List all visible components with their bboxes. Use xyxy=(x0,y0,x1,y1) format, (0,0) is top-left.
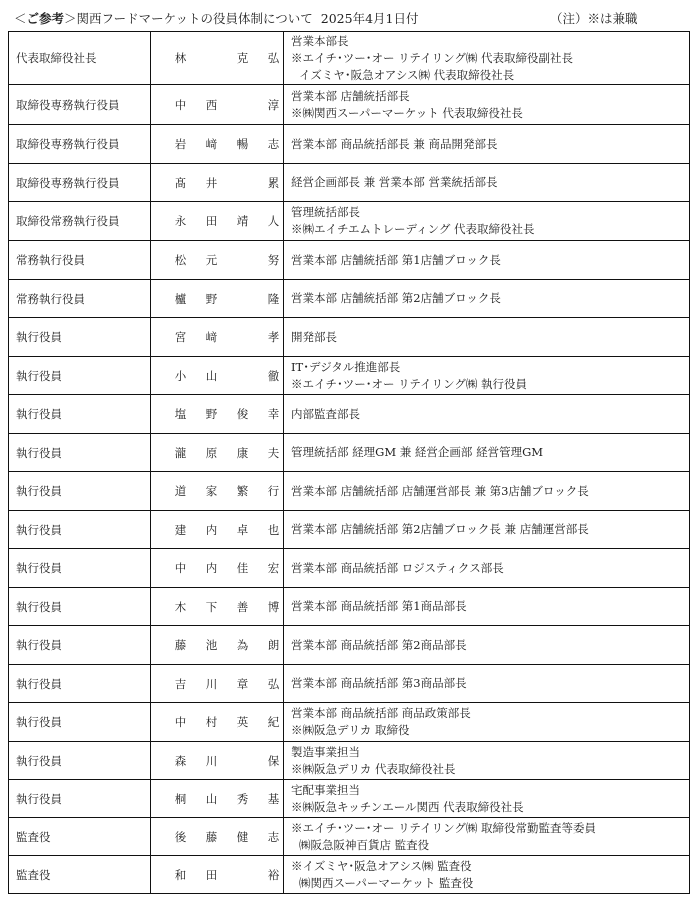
officer-name-char: 川 xyxy=(200,753,223,769)
officer-name-char: 小 xyxy=(169,368,192,384)
header-note: （注）※は兼職 xyxy=(550,9,638,29)
officer-name-char: 山 xyxy=(200,368,223,384)
officer-name: 和田裕 xyxy=(151,867,283,883)
officer-duties: 営業本部 店舗統括部長※㈱関西スーパーマーケット 代表取締役社長 xyxy=(284,85,690,125)
officer-name-cell: 和田裕 xyxy=(151,856,284,894)
officer-duty-line: ※㈱エイチエムトレーディング 代表取締役社長 xyxy=(291,221,689,238)
officer-title: 執行役員 xyxy=(9,626,151,665)
officer-duty-line: ※イズミヤ･阪急オアシス㈱ 監査役 xyxy=(291,858,689,875)
officer-name-char: 隆 xyxy=(262,291,285,307)
officer-name-char: 下 xyxy=(200,599,223,615)
officer-title: 取締役専務執行役員 xyxy=(9,164,151,202)
officer-name-cell: 岩﨑暢志 xyxy=(151,125,284,164)
officer-name-char xyxy=(231,329,254,345)
officer-name-char: 林 xyxy=(169,50,192,66)
officer-row: 執行役員中内佳宏営業本部 商品統括部 ロジスティクス部長 xyxy=(9,549,690,588)
officer-name-char: 弘 xyxy=(262,50,285,66)
officer-name-char: 秀 xyxy=(231,791,254,807)
officer-name-char: 井 xyxy=(200,175,223,191)
officer-name-char: 暢 xyxy=(231,136,254,152)
officer-name-cell: 吉川章弘 xyxy=(151,665,284,703)
document-header: ＜ご参考＞関西フードマーケットの役員体制について 2025年4月1日付 （注）※… xyxy=(14,9,694,29)
officer-row: 取締役専務執行役員岩﨑暢志営業本部 商品統括部長 兼 商品開発部長 xyxy=(9,125,690,164)
header-bracket-close: ＞ xyxy=(64,11,77,26)
officer-name-char xyxy=(231,252,254,268)
officer-name-char: 靖 xyxy=(231,213,254,229)
officer-name-cell: 林克弘 xyxy=(151,32,284,85)
officer-row: 執行役員建内卓也営業本部 店舗統括部 第2店舗ブロック長 兼 店舗運営部長 xyxy=(9,511,690,549)
header-title: 関西フードマーケットの役員体制について xyxy=(77,11,313,26)
officer-name: 松元努 xyxy=(151,252,283,268)
officer-title: 執行役員 xyxy=(9,511,151,549)
officer-title: 監査役 xyxy=(9,818,151,856)
officer-title: 執行役員 xyxy=(9,703,151,742)
officer-row: 執行役員森川保製造事業担当※㈱阪急デリカ 代表取締役社長 xyxy=(9,742,690,780)
officer-name: 木下善博 xyxy=(151,599,283,615)
officer-duty-line: 管理統括部長 xyxy=(291,204,689,221)
officer-row: 監査役後藤健志※エイチ･ツー･オー リテイリング㈱ 取締役常勤監査等委員㈱阪急阪… xyxy=(9,818,690,856)
officer-name-char: 西 xyxy=(200,97,223,113)
officer-name-cell: 宮﨑孝 xyxy=(151,318,284,357)
officer-duty-line: 営業本部 店舗統括部長 xyxy=(291,88,689,105)
officer-name-char: 吉 xyxy=(169,676,192,692)
officer-duties: 営業本部長※エイチ･ツー･オー リテイリング㈱ 代表取締役副社長イズミヤ･阪急オ… xyxy=(284,32,690,85)
officer-duty-line: 管理統括部 経理GM 兼 経営企画部 経営管理GM xyxy=(291,444,689,461)
officer-duty-line: 営業本部 店舗統括部 第2店舗ブロック長 兼 店舗運営部長 xyxy=(291,521,689,538)
officer-title: 執行役員 xyxy=(9,318,151,357)
officer-title: 執行役員 xyxy=(9,395,151,434)
officer-name-char: 繁 xyxy=(231,483,254,499)
officer-duties: 営業本部 商品統括部長 兼 商品開発部長 xyxy=(284,125,690,164)
officer-duties: 営業本部 商品統括部 第2商品部長 xyxy=(284,626,690,665)
officer-name-char xyxy=(231,867,254,883)
officer-name-cell: 森川保 xyxy=(151,742,284,780)
officer-name-char: 也 xyxy=(262,522,285,538)
officer-name-char xyxy=(231,97,254,113)
officer-name-char: 髙 xyxy=(169,175,192,191)
officer-name-char: 田 xyxy=(200,867,223,883)
officer-name-char: 中 xyxy=(169,714,192,730)
officer-name-char: 弘 xyxy=(262,676,285,692)
officer-name-cell: 桐山秀基 xyxy=(151,780,284,818)
officer-row: 執行役員道家繁行営業本部 店舗統括部 店舗運営部長 兼 第3店舗ブロック長 xyxy=(9,472,690,511)
header-bracket-open: ＜ xyxy=(14,11,27,26)
officer-name-cell: 櫨野隆 xyxy=(151,280,284,318)
officer-name-cell: 塩野俊幸 xyxy=(151,395,284,434)
officer-duty-line: 営業本部 商品統括部 第3商品部長 xyxy=(291,675,689,692)
officer-title: 取締役専務執行役員 xyxy=(9,85,151,125)
officer-name-char: 卓 xyxy=(231,522,254,538)
officer-name-char: 元 xyxy=(200,252,223,268)
officer-title: 執行役員 xyxy=(9,742,151,780)
officer-name: 岩﨑暢志 xyxy=(151,136,283,152)
officer-name-char: 﨑 xyxy=(200,329,223,345)
officer-name-char: 基 xyxy=(262,791,285,807)
officer-duties: 開発部長 xyxy=(284,318,690,357)
officer-name: 櫨野隆 xyxy=(151,291,283,307)
officer-name-char: 瀧 xyxy=(169,445,192,461)
officer-name-char: 保 xyxy=(262,753,285,769)
officer-name-cell: 松元努 xyxy=(151,241,284,280)
officer-name-char: 山 xyxy=(200,791,223,807)
officer-name-cell: 中西淳 xyxy=(151,85,284,125)
officer-name-cell: 中村英紀 xyxy=(151,703,284,742)
officer-name: 永田靖人 xyxy=(151,213,283,229)
officer-name-char: 俊 xyxy=(231,406,254,422)
officer-duties: 経営企画部長 兼 営業本部 営業統括部長 xyxy=(284,164,690,202)
officer-duties: 営業本部 商品統括部 第3商品部長 xyxy=(284,665,690,703)
officer-duties: 営業本部 店舗統括部 第2店舗ブロック長 兼 店舗運営部長 xyxy=(284,511,690,549)
officer-row: 取締役常務執行役員永田靖人管理統括部長※㈱エイチエムトレーディング 代表取締役社… xyxy=(9,202,690,241)
officer-name: 森川保 xyxy=(151,753,283,769)
officer-duties: 宅配事業担当※㈱阪急キッチンエール関西 代表取締役社長 xyxy=(284,780,690,818)
officer-duty-line: 営業本部 店舗統括部 第2店舗ブロック長 xyxy=(291,290,689,307)
officer-title: 執行役員 xyxy=(9,780,151,818)
officer-row: 執行役員小山徹IT･デジタル推進部長※エイチ･ツー･オー リテイリング㈱ 執行役… xyxy=(9,357,690,395)
officer-duties: 営業本部 店舗統括部 店舗運営部長 兼 第3店舗ブロック長 xyxy=(284,472,690,511)
officer-name-cell: 建内卓也 xyxy=(151,511,284,549)
officer-duty-line: ※エイチ･ツー･オー リテイリング㈱ 取締役常勤監査等委員 xyxy=(291,820,689,837)
officer-title: 代表取締役社長 xyxy=(9,32,151,85)
officer-row: 取締役専務執行役員髙井累経営企画部長 兼 営業本部 営業統括部長 xyxy=(9,164,690,202)
officer-name-char: 康 xyxy=(231,445,254,461)
officer-duties: 営業本部 店舗統括部 第2店舗ブロック長 xyxy=(284,280,690,318)
officer-title: 執行役員 xyxy=(9,549,151,588)
officer-title: 常務執行役員 xyxy=(9,241,151,280)
officer-row: 執行役員塩野俊幸内部監査部長 xyxy=(9,395,690,434)
officer-duty-line: 営業本部長 xyxy=(291,33,689,50)
officer-name-char: 﨑 xyxy=(200,136,223,152)
officer-name-char: 原 xyxy=(200,445,223,461)
officer-name-char: 行 xyxy=(262,483,285,499)
officer-name: 後藤健志 xyxy=(151,829,283,845)
officer-duties: 管理統括部 経理GM 兼 経営企画部 経営管理GM xyxy=(284,434,690,472)
officers-table: 代表取締役社長林克弘営業本部長※エイチ･ツー･オー リテイリング㈱ 代表取締役副… xyxy=(8,31,690,894)
officer-duty-line: 製造事業担当 xyxy=(291,744,689,761)
officer-name-char: 幸 xyxy=(262,406,285,422)
officer-row: 常務執行役員櫨野隆営業本部 店舗統括部 第2店舗ブロック長 xyxy=(9,280,690,318)
officer-title: 執行役員 xyxy=(9,434,151,472)
officer-duty-line: ※エイチ･ツー･オー リテイリング㈱ 代表取締役副社長 xyxy=(291,50,689,67)
officer-row: 執行役員藤池為朗営業本部 商品統括部 第2商品部長 xyxy=(9,626,690,665)
officer-duties: 営業本部 商品統括部 商品政策部長※㈱阪急デリカ 取締役 xyxy=(284,703,690,742)
officer-name-char xyxy=(231,291,254,307)
officer-name-cell: 瀧原康夫 xyxy=(151,434,284,472)
officer-name-char: 村 xyxy=(200,714,223,730)
officer-name-char: 中 xyxy=(169,560,192,576)
officer-duty-line: 営業本部 商品統括部長 兼 商品開発部長 xyxy=(291,136,689,153)
officer-name-char: 孝 xyxy=(262,329,285,345)
officer-duty-line: 宅配事業担当 xyxy=(291,782,689,799)
officer-name: 中村英紀 xyxy=(151,714,283,730)
officer-row: 代表取締役社長林克弘営業本部長※エイチ･ツー･オー リテイリング㈱ 代表取締役副… xyxy=(9,32,690,85)
officer-name-cell: 藤池為朗 xyxy=(151,626,284,665)
officer-name-cell: 木下善博 xyxy=(151,588,284,626)
officer-name: 中内佳宏 xyxy=(151,560,283,576)
officer-row: 監査役和田裕※イズミヤ･阪急オアシス㈱ 監査役㈱関西スーパーマーケット 監査役 xyxy=(9,856,690,894)
officer-name-cell: 小山徹 xyxy=(151,357,284,395)
officer-name-char: 為 xyxy=(231,637,254,653)
officer-duty-line: イズミヤ･阪急オアシス㈱ 代表取締役社長 xyxy=(291,67,689,84)
officer-name: 瀧原康夫 xyxy=(151,445,283,461)
officer-duty-line: ※㈱阪急デリカ 代表取締役社長 xyxy=(291,761,689,778)
officer-name-char: 川 xyxy=(200,676,223,692)
officer-name-cell: 髙井累 xyxy=(151,164,284,202)
officer-name-char: 松 xyxy=(169,252,192,268)
officer-name: 宮﨑孝 xyxy=(151,329,283,345)
officer-title: 執行役員 xyxy=(9,472,151,511)
officer-name-char: 徹 xyxy=(262,368,285,384)
officer-name-char: 章 xyxy=(231,676,254,692)
officer-duties: ※イズミヤ･阪急オアシス㈱ 監査役㈱関西スーパーマーケット 監査役 xyxy=(284,856,690,894)
officer-duty-line: ※㈱関西スーパーマーケット 代表取締役社長 xyxy=(291,105,689,122)
officer-name-char xyxy=(200,50,223,66)
officer-title: 監査役 xyxy=(9,856,151,894)
officer-duties: 営業本部 商品統括部 第1商品部長 xyxy=(284,588,690,626)
officer-duty-line: 営業本部 店舗統括部 第1店舗ブロック長 xyxy=(291,252,689,269)
officer-duty-line: 営業本部 商品統括部 商品政策部長 xyxy=(291,705,689,722)
officer-name: 塩野俊幸 xyxy=(151,406,283,422)
officer-name-char: 善 xyxy=(231,599,254,615)
officer-name-char: 桐 xyxy=(169,791,192,807)
officer-name-char: 朗 xyxy=(262,637,285,653)
officer-name: 建内卓也 xyxy=(151,522,283,538)
officer-row: 取締役専務執行役員中西淳営業本部 店舗統括部長※㈱関西スーパーマーケット 代表取… xyxy=(9,85,690,125)
officer-title: 常務執行役員 xyxy=(9,280,151,318)
officer-name-char: 藤 xyxy=(200,829,223,845)
officer-name-char xyxy=(231,175,254,191)
officer-duty-line: ㈱阪急阪神百貨店 監査役 xyxy=(291,837,689,854)
officer-name: 桐山秀基 xyxy=(151,791,283,807)
officer-duty-line: 営業本部 商品統括部 ロジスティクス部長 xyxy=(291,560,689,577)
officer-name: 林克弘 xyxy=(151,50,283,66)
officer-name-char: 藤 xyxy=(169,637,192,653)
officer-title: 取締役常務執行役員 xyxy=(9,202,151,241)
officer-duty-line: ※㈱阪急キッチンエール関西 代表取締役社長 xyxy=(291,799,689,816)
officer-name-char: 志 xyxy=(262,136,285,152)
officer-name-char: 後 xyxy=(169,829,192,845)
officer-name-char: 宮 xyxy=(169,329,192,345)
officer-title: 執行役員 xyxy=(9,588,151,626)
officer-title: 執行役員 xyxy=(9,357,151,395)
officer-row: 執行役員瀧原康夫管理統括部 経理GM 兼 経営企画部 経営管理GM xyxy=(9,434,690,472)
officer-name: 道家繁行 xyxy=(151,483,283,499)
officer-duty-line: 内部監査部長 xyxy=(291,406,689,423)
officer-name-char: 内 xyxy=(200,522,223,538)
officer-name-char: 野 xyxy=(200,406,223,422)
officer-name-char: 塩 xyxy=(169,406,192,422)
officer-name-char: 志 xyxy=(262,829,285,845)
officer-duty-line: 開発部長 xyxy=(291,329,689,346)
officer-name-char: 中 xyxy=(169,97,192,113)
officer-name-char: 紀 xyxy=(262,714,285,730)
officer-name-char: 人 xyxy=(262,213,285,229)
officer-name-cell: 道家繁行 xyxy=(151,472,284,511)
officer-name-char: 淳 xyxy=(262,97,285,113)
officer-name-char: 永 xyxy=(169,213,192,229)
officer-name-char: 建 xyxy=(169,522,192,538)
officer-name: 髙井累 xyxy=(151,175,283,191)
officer-name-char: 夫 xyxy=(262,445,285,461)
header-reference-label: ご参考 xyxy=(27,11,65,26)
officer-duty-line: 営業本部 店舗統括部 店舗運営部長 兼 第3店舗ブロック長 xyxy=(291,483,689,500)
header-date: 2025年4月1日付 xyxy=(321,11,419,26)
officer-name-char: 野 xyxy=(200,291,223,307)
officer-name-char: 森 xyxy=(169,753,192,769)
officer-duty-line: 営業本部 商品統括部 第1商品部長 xyxy=(291,598,689,615)
officer-duties: 製造事業担当※㈱阪急デリカ 代表取締役社長 xyxy=(284,742,690,780)
officer-duties: 営業本部 店舗統括部 第1店舗ブロック長 xyxy=(284,241,690,280)
officer-name-char: 内 xyxy=(200,560,223,576)
officer-row: 執行役員吉川章弘営業本部 商品統括部 第3商品部長 xyxy=(9,665,690,703)
officer-name-char xyxy=(231,753,254,769)
officer-duty-line: 営業本部 商品統括部 第2商品部長 xyxy=(291,637,689,654)
officer-name: 藤池為朗 xyxy=(151,637,283,653)
officer-name-char: 健 xyxy=(231,829,254,845)
officer-name: 小山徹 xyxy=(151,368,283,384)
officer-row: 執行役員宮﨑孝開発部長 xyxy=(9,318,690,357)
officer-name-char: 博 xyxy=(262,599,285,615)
officer-duty-line: 経営企画部長 兼 営業本部 営業統括部長 xyxy=(291,174,689,191)
officer-row: 執行役員中村英紀営業本部 商品統括部 商品政策部長※㈱阪急デリカ 取締役 xyxy=(9,703,690,742)
officer-name: 吉川章弘 xyxy=(151,676,283,692)
officer-name-char: 克 xyxy=(231,50,254,66)
officer-row: 執行役員木下善博営業本部 商品統括部 第1商品部長 xyxy=(9,588,690,626)
officer-name-char: 岩 xyxy=(169,136,192,152)
officer-name-char: 田 xyxy=(200,213,223,229)
officers-table-body: 代表取締役社長林克弘営業本部長※エイチ･ツー･オー リテイリング㈱ 代表取締役副… xyxy=(9,32,690,894)
officer-name-char: 和 xyxy=(169,867,192,883)
officer-title: 取締役専務執行役員 xyxy=(9,125,151,164)
officer-row: 執行役員桐山秀基宅配事業担当※㈱阪急キッチンエール関西 代表取締役社長 xyxy=(9,780,690,818)
officer-duties: 営業本部 商品統括部 ロジスティクス部長 xyxy=(284,549,690,588)
officer-name-char: 木 xyxy=(169,599,192,615)
officer-duties: 管理統括部長※㈱エイチエムトレーディング 代表取締役社長 xyxy=(284,202,690,241)
officer-duty-line: IT･デジタル推進部長 xyxy=(291,359,689,376)
officer-name-char xyxy=(231,368,254,384)
officer-name-char: 累 xyxy=(262,175,285,191)
officer-title: 執行役員 xyxy=(9,665,151,703)
officer-duty-line: ※エイチ･ツー･オー リテイリング㈱ 執行役員 xyxy=(291,376,689,393)
officer-name-char: 家 xyxy=(200,483,223,499)
officer-name-cell: 後藤健志 xyxy=(151,818,284,856)
officer-name-char: 道 xyxy=(169,483,192,499)
officer-name-char: 櫨 xyxy=(169,291,192,307)
officer-name-char: 池 xyxy=(200,637,223,653)
officer-duties: 内部監査部長 xyxy=(284,395,690,434)
officer-name-char: 英 xyxy=(231,714,254,730)
officer-duties: IT･デジタル推進部長※エイチ･ツー･オー リテイリング㈱ 執行役員 xyxy=(284,357,690,395)
officer-name-char: 佳 xyxy=(231,560,254,576)
officer-duty-line: ※㈱阪急デリカ 取締役 xyxy=(291,722,689,739)
officer-name: 中西淳 xyxy=(151,97,283,113)
officer-row: 常務執行役員松元努営業本部 店舗統括部 第1店舗ブロック長 xyxy=(9,241,690,280)
officer-name-char: 努 xyxy=(262,252,285,268)
officer-duty-line: ㈱関西スーパーマーケット 監査役 xyxy=(291,875,689,892)
officer-name-char: 宏 xyxy=(262,560,285,576)
officer-duties: ※エイチ･ツー･オー リテイリング㈱ 取締役常勤監査等委員㈱阪急阪神百貨店 監査… xyxy=(284,818,690,856)
officer-name-char: 裕 xyxy=(262,867,285,883)
officer-name-cell: 永田靖人 xyxy=(151,202,284,241)
officer-name-cell: 中内佳宏 xyxy=(151,549,284,588)
